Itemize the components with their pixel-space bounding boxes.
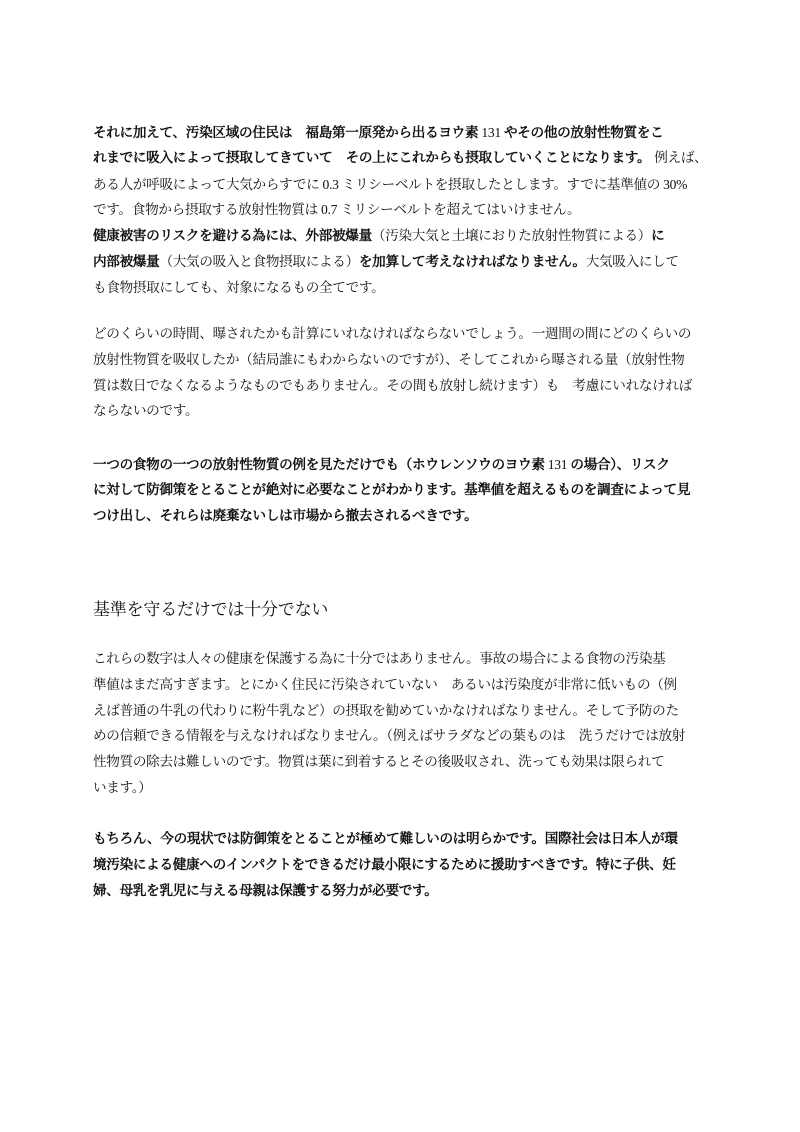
text-line: です。食物から摂取する放射性物質は 0.7 ミリシーベルトを超えてはいけません。: [93, 197, 707, 223]
text-line: ある人が呼吸によって大気からすでに 0.3 ミリシーベルトを摂取したとします。す…: [93, 172, 707, 198]
text-line: えば普通の牛乳の代わりに粉牛乳など）の摂取を勧めていかなければなりません。そして…: [93, 699, 685, 725]
text-line: どのくらいの時間、曝されたかも計算にいれなければならないでしょう。一週間の間にど…: [93, 322, 692, 348]
numeric-value: 30%: [660, 177, 687, 192]
paragraph-standards-insufficient: これらの数字は人々の健康を保護する為に十分ではありません。事故の場合による食物の…: [93, 647, 685, 802]
text-line: 性物質の除去は難しいのです。物質は葉に到着するとその後吸収され、洗っても効果は限…: [93, 750, 685, 776]
text-segment: めの信頼できる情報を与えなければなりません。（例えばサラダなどの葉ものは 洗うだ…: [93, 728, 685, 744]
numeric-value: 131: [545, 457, 571, 472]
section-heading: 基準を守るだけでは十分でない: [93, 595, 328, 620]
bold-text: もちろん、今の現状では防御策をとることが極めて難しいのは明らかです。国際社会は日…: [93, 831, 678, 847]
text-segment: ミリシーベルトを摂取したとします。すでに基準値の: [342, 177, 660, 193]
text-segment: 例えば、: [650, 150, 707, 166]
text-segment: 性物質の除去は難しいのです。物質は葉に到着するとその後吸収され、洗っても効果は限…: [93, 754, 664, 770]
paragraph-international-support: もちろん、今の現状では防御策をとることが極めて難しいのは明らかです。国際社会は日…: [93, 827, 678, 904]
text-segment: ある人が呼吸によって大気からすでに: [93, 177, 319, 193]
text-segment: これらの数字は人々の健康を保護する為に十分ではありません。事故の場合による食物の…: [93, 651, 665, 667]
text-segment: 放射性物質を吸収したか（結局誰にもわからないのですが）、そしてこれから曝される量…: [93, 352, 684, 368]
numeric-value: 0.3: [319, 177, 341, 192]
text-line: れまでに吸入によって摂取してきていて その上にこれからも摂取していくことになりま…: [93, 146, 707, 172]
bold-text: それに加えて、汚染区域の住民は 福島第一原発から出るヨウ素: [93, 125, 478, 141]
text-line: 放射性物質を吸収したか（結局誰にもわからないのですが）、そしてこれから曝される量…: [93, 348, 692, 374]
bold-text: 内部被爆量: [93, 254, 159, 270]
bold-text: 境汚染による健康へのインパクトをできるだけ最小限にするために援助すべきです。特に…: [93, 857, 676, 873]
bold-text: を加算して考えなければなりません。: [359, 254, 586, 270]
text-line: 境汚染による健康へのインパクトをできるだけ最小限にするために援助すべきです。特に…: [93, 853, 678, 879]
paragraph-inhalation-intake: それに加えて、汚染区域の住民は 福島第一原発から出るヨウ素 131 やその他の放…: [93, 120, 707, 223]
text-line: これらの数字は人々の健康を保護する為に十分ではありません。事故の場合による食物の…: [93, 647, 685, 673]
bold-text: 婦、母乳を乳児に与える母親は保護する努力が必要です。: [93, 883, 438, 899]
text-line: 健康被害のリスクを避ける為には、外部被爆量（汚染大気と土壌におりた放射性物質によ…: [93, 224, 679, 250]
text-line: も食物摂取にしても、対象になるもの全てです。: [93, 276, 679, 302]
text-segment: えば普通の牛乳の代わりに粉牛乳など）の摂取を勧めていかなければなりません。そして…: [93, 703, 679, 719]
text-line: 婦、母乳を乳児に与える母親は保護する努力が必要です。: [93, 879, 678, 905]
text-line: 内部被爆量（大気の吸入と食物摂取による）を加算して考えなければなりません。大気吸…: [93, 250, 679, 276]
bold-text: に: [651, 228, 664, 244]
bold-text: に対して防御策をとることが絶対に必要なことがわかります。基準値を超えるものを調査…: [93, 482, 690, 498]
paragraph-external-internal-exposure: 健康被害のリスクを避ける為には、外部被爆量（汚染大気と土壌におりた放射性物質によ…: [93, 224, 679, 301]
bold-text: やその他の放射性物質をこ: [504, 125, 664, 141]
paragraph-exposure-duration: どのくらいの時間、曝されたかも計算にいれなければならないでしょう。一週間の間にど…: [93, 322, 692, 425]
text-line: 準値はまだ高すぎます。とにかく住民に汚染されていない あるいは汚染度が非常に低い…: [93, 673, 685, 699]
numeric-value: 131: [478, 125, 504, 140]
bold-text: 健康被害のリスクを避ける為には、外部被爆量: [93, 228, 372, 244]
bold-text: つけ出し、それらは廃棄ないしは市場から撤去されるべきです。: [93, 508, 477, 524]
text-line: つけ出し、それらは廃棄ないしは市場から撤去されるべきです。: [93, 504, 690, 530]
text-line: もちろん、今の現状では防御策をとることが極めて難しいのは明らかです。国際社会は日…: [93, 827, 678, 853]
text-line: 質は数日でなくなるようなものでもありません。その間も放射し続けます）も 考慮にい…: [93, 374, 692, 400]
text-line: います。）: [93, 776, 685, 802]
numeric-value: 0.7: [318, 202, 340, 217]
text-segment: どのくらいの時間、曝されたかも計算にいれなければならないでしょう。一週間の間にど…: [93, 326, 691, 342]
text-segment: 質は数日でなくなるようなものでもありません。その間も放射し続けます）も 考慮にい…: [93, 378, 692, 394]
text-line: 一つの食物の一つの放射性物質の例を見ただけでも（ホウレンソウのヨウ素 131 の…: [93, 452, 690, 478]
bold-text: 一つの食物の一つの放射性物質の例を見ただけでも（ホウレンソウのヨウ素: [93, 457, 545, 473]
text-segment: ならないのです。: [93, 403, 198, 419]
text-line: ならないのです。: [93, 399, 692, 425]
text-line: めの信頼できる情報を与えなければなりません。（例えばサラダなどの葉ものは 洗うだ…: [93, 724, 685, 750]
text-line: に対して防御策をとることが絶対に必要なことがわかります。基準値を超えるものを調査…: [93, 478, 690, 504]
text-segment: （大気の吸入と食物摂取による）: [159, 254, 358, 270]
text-segment: です。食物から摂取する放射性物質は: [93, 202, 318, 218]
text-segment: 準値はまだ高すぎます。とにかく住民に汚染されていない あるいは汚染度が非常に低い…: [93, 677, 677, 693]
text-segment: （汚染大気と土壌におりた放射性物質による）: [372, 228, 651, 244]
text-segment: ミリシーベルトを超えてはいけません。: [340, 202, 580, 218]
bold-text: の場合）、リスク: [570, 457, 669, 473]
text-segment: います。）: [93, 780, 152, 796]
bold-text: れまでに吸入によって摂取してきていて その上にこれからも摂取していくことになりま…: [93, 150, 650, 166]
text-segment: も食物摂取にしても、対象になるもの全てです。: [93, 280, 384, 296]
paragraph-spinach-example: 一つの食物の一つの放射性物質の例を見ただけでも（ホウレンソウのヨウ素 131 の…: [93, 452, 690, 529]
text-segment: 大気吸入にして: [586, 254, 679, 270]
text-line: それに加えて、汚染区域の住民は 福島第一原発から出るヨウ素 131 やその他の放…: [93, 120, 707, 146]
